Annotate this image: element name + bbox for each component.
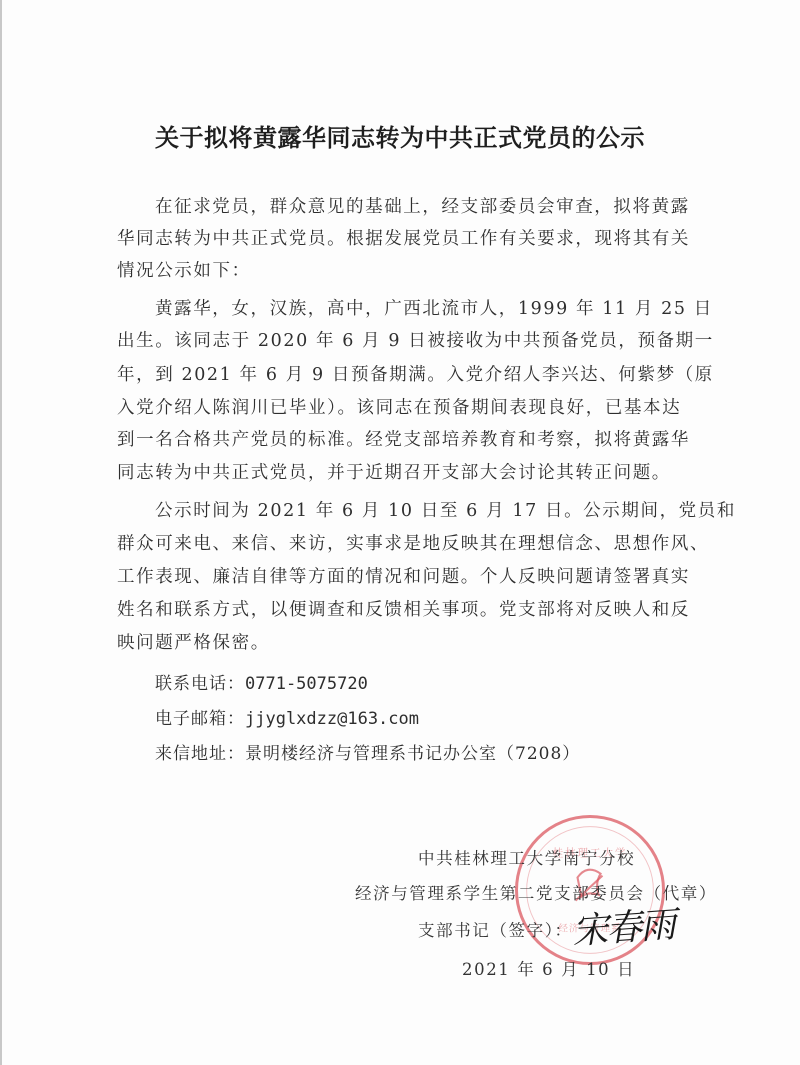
page-edge: [0, 0, 2, 1065]
paragraph-2-line-4: 入党介绍人陈润川已毕业）。该同志在预备期间表现良好，已基本达: [117, 394, 681, 419]
document-title: 关于拟将黄露华同志转为中共正式党员的公示: [0, 118, 800, 153]
contact-address: 来信地址：景明楼经济与管理系书记办公室（7208）: [155, 739, 580, 764]
paragraph-3-line-4: 姓名和联系方式，以便调查和反馈相关事项。党支部将对反映人和反: [117, 596, 690, 621]
handwritten-signature: 宋春雨: [570, 897, 675, 955]
contact-address-label: 来信地址：: [155, 744, 245, 764]
secretary-signature-label: 支部书记（签字）：: [418, 917, 573, 941]
contact-email-value: jjyglxdzz@163.com: [245, 709, 419, 729]
paragraph-3-line-3: 工作表现、廉洁自律等方面的情况和问题。个人反映问题请签署真实: [117, 563, 690, 588]
contact-email-label: 电子邮箱：: [155, 709, 245, 729]
paragraph-1-line-3: 情况公示如下：: [117, 257, 251, 282]
paragraph-2-line-3: 年，到 2021 年 6 月 9 日预备期满。入党介绍人李兴达、何紫梦（原: [117, 361, 714, 386]
paragraph-1-line-2: 华同志转为中共正式党员。根据发展党员工作有关要求，现将其有关: [117, 225, 690, 250]
contact-phone-label: 联系电话：: [155, 674, 245, 694]
paragraph-2-line-6: 同志转为中共正式党员，并于近期召开支部大会讨论其转正问题。: [117, 459, 671, 484]
paragraph-3-line-5: 映问题严格保密。: [117, 629, 270, 654]
paragraph-3-line-2: 群众可来电、来信、来访，实事求是地反映其在理想信念、思想作风、: [117, 530, 709, 555]
contact-address-value: 景明楼经济与管理系书记办公室（7208）: [245, 744, 580, 764]
paragraph-2-line-5: 到一名合格共产党员的标准。经党支部培养教育和考察，拟将黄露华: [117, 426, 690, 451]
contact-phone-value: 0771-5075720: [245, 674, 368, 694]
paragraph-2-line-1: 黄露华，女，汉族，高中，广西北流市人，1999 年 11 月 25 日: [155, 295, 713, 320]
paragraph-1-line-1: 在征求党员，群众意见的基础上，经支部委员会审查，拟将黄露: [155, 193, 690, 218]
contact-email: 电子邮箱：jjyglxdzz@163.com: [155, 704, 419, 729]
paragraph-2-line-2: 出生。该同志于 2020 年 6 月 9 日被接收为中共预备党员，预备期一: [117, 327, 714, 352]
paragraph-3-line-1: 公示时间为 2021 年 6 月 10 日至 6 月 17 日。公示期间，党员和: [155, 497, 736, 522]
contact-phone: 联系电话：0771-5075720: [155, 669, 368, 694]
signature-date: 2021 年 6 月 10 日: [462, 956, 635, 980]
signature-org-line-1: 中共桂林理工大学南宁分校: [418, 845, 635, 869]
